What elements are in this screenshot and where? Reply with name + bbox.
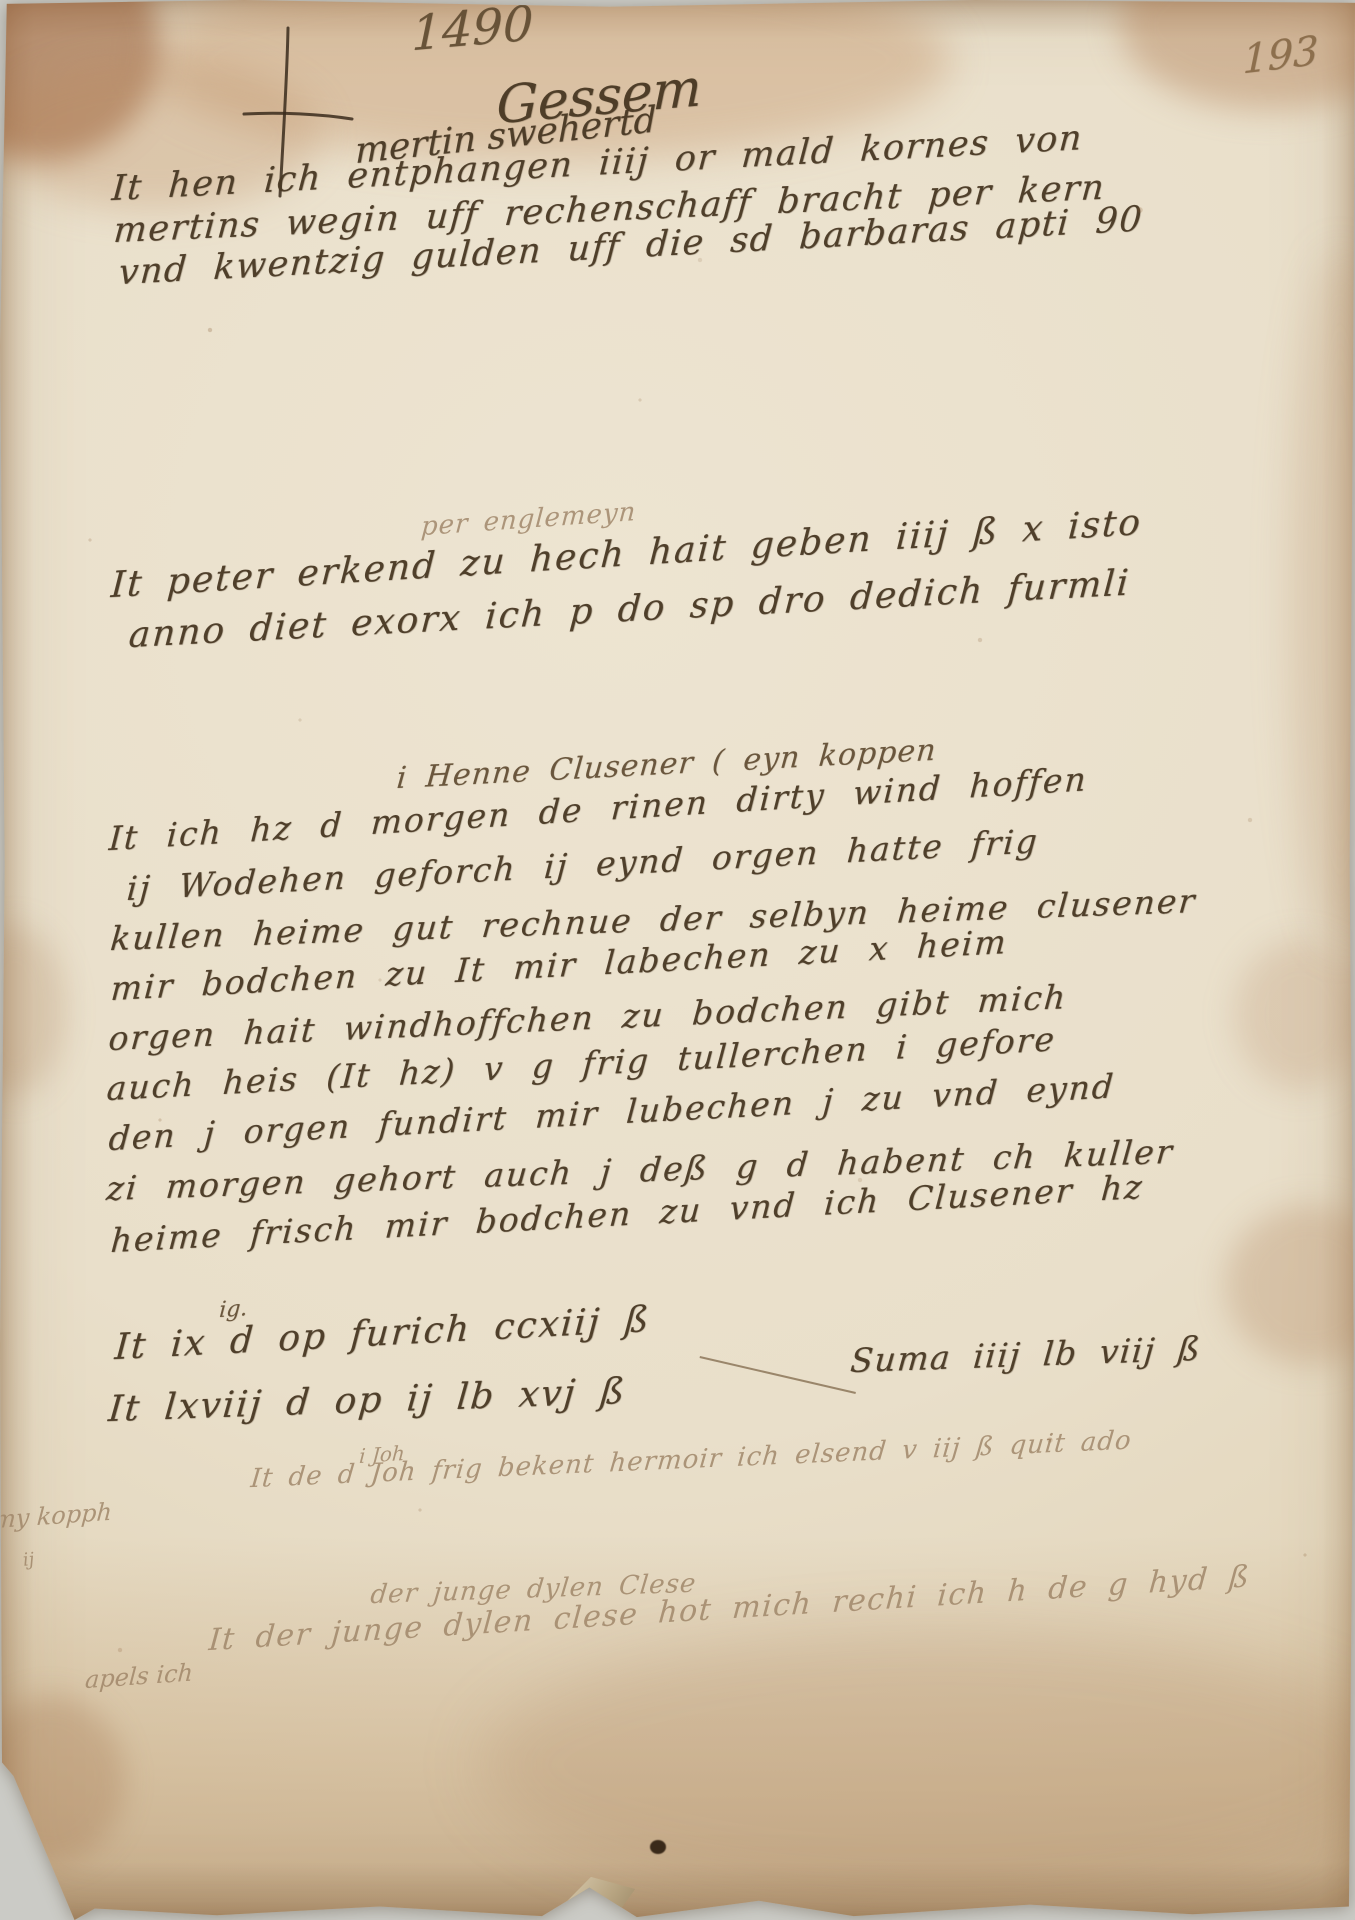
sum-line: It lxviij d op ij lb xvj ß [107,1374,628,1428]
edge-mark: ij [22,1551,35,1570]
paper-stain-bottom-band [480,1630,1355,1900]
paper-stain-left-mid [0,925,65,1095]
note-line: It de d Joh frig bekent hermoir ich else… [249,1428,1132,1493]
sum-total: Suma iiij lb viij ß [849,1332,1203,1377]
note-margin: my kopph [0,1500,113,1532]
year-heading: 1490 [411,0,534,58]
sum-bracket-line [700,1356,856,1394]
paper-stain-bottom-left [0,1695,125,1865]
paper-stain-right-lower [1225,1205,1355,1365]
ink-blot [650,1840,666,1854]
paper-tear-flap [557,1870,639,1920]
sum-line: It ix d op furich ccxiij ß [113,1302,651,1366]
folio-number: 193 [1242,31,1318,81]
paper-stain-top-left-corner [0,0,160,160]
paper-stain-right-mid [1235,940,1355,1090]
manuscript-line: It der junge dylen clese hot mich rechi … [208,1562,1252,1656]
paper-stain-top-right [1120,0,1355,110]
sum-superscript: ig. [218,1298,248,1322]
manuscript-page: 1490 193 Gessem mertin swehertd It hen i… [0,0,1355,1920]
paper-stain-right-band [1290,250,1355,950]
margin-note: apels ich [84,1660,194,1692]
manuscript-scan: 1490 193 Gessem mertin swehertd It hen i… [0,0,1355,1920]
